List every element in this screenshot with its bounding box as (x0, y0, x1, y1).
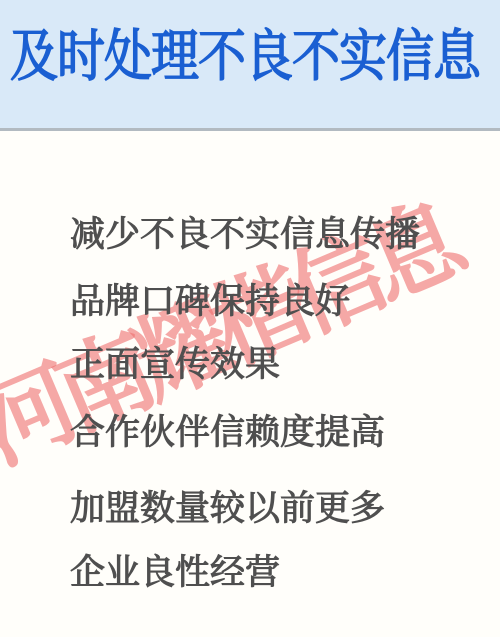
list-item: 加盟数量较以前更多 (70, 491, 385, 526)
header-banner: 及时处理不良不实信息 (0, 0, 500, 128)
slide: 及时处理不良不实信息 河南耀楷信息 减少不良不实信息传播 品牌口碑保持良好 正面… (0, 0, 500, 637)
list-item: 企业良性经营 (70, 555, 280, 590)
header-divider (0, 128, 500, 131)
page-title: 及时处理不良不实信息 (10, 30, 480, 86)
list-item: 减少不良不实信息传播 (70, 217, 420, 252)
list-item: 合作伙伴信赖度提高 (70, 415, 385, 450)
list-item: 正面宣传效果 (70, 347, 280, 382)
list-item: 品牌口碑保持良好 (70, 284, 350, 319)
